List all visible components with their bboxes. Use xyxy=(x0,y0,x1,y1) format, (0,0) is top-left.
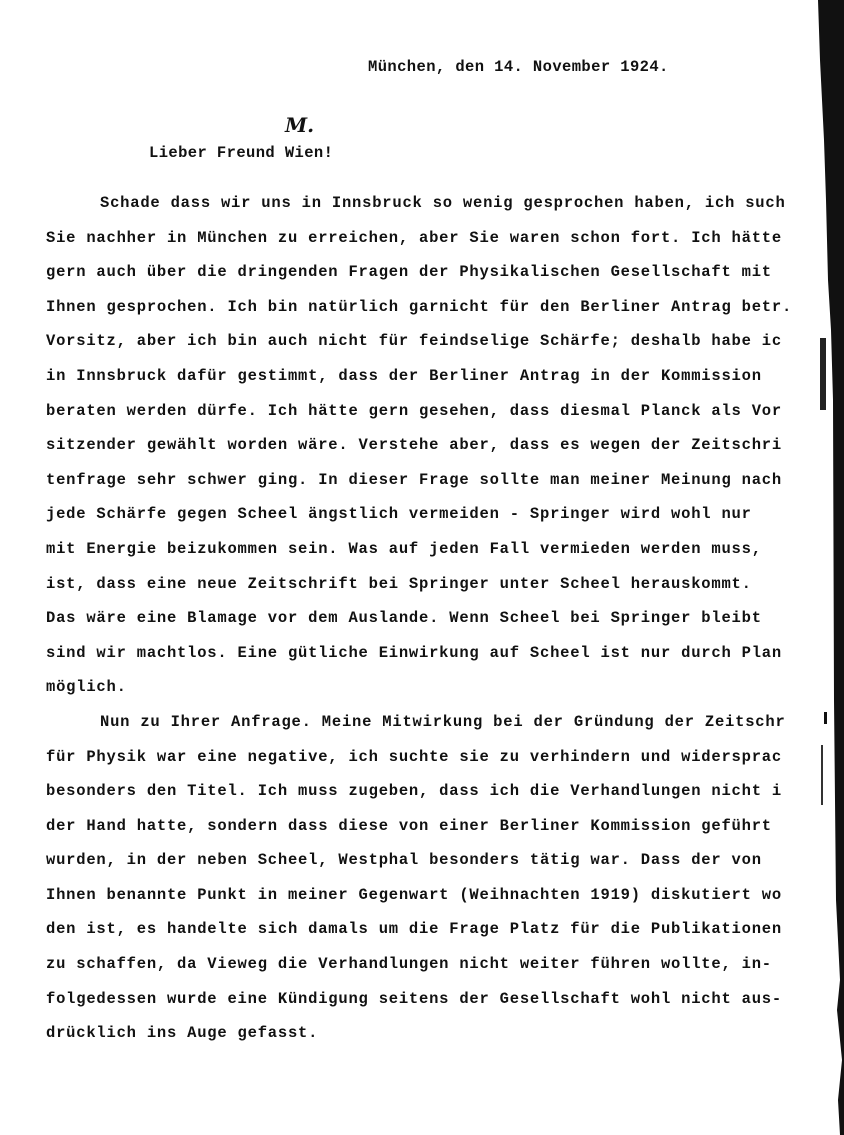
salutation: Lieber Freund Wien! xyxy=(149,144,333,162)
body-line: für Physik war eine negative, ich suchte… xyxy=(46,747,826,782)
handwritten-initial: M. xyxy=(285,113,314,137)
letter-body: Schade dass wir uns in Innsbruck so weni… xyxy=(46,193,826,1058)
body-line: besonders den Titel. Ich muss zugeben, d… xyxy=(46,781,826,816)
body-line: Vorsitz, aber ich bin auch nicht für fei… xyxy=(46,331,826,366)
body-line: Sie nachher in München zu erreichen, abe… xyxy=(46,228,826,263)
body-line: beraten werden dürfe. Ich hätte gern ges… xyxy=(46,401,826,436)
body-line: tenfrage sehr schwer ging. In dieser Fra… xyxy=(46,470,826,505)
body-line: jede Schärfe gegen Scheel ängstlich verm… xyxy=(46,504,826,539)
body-line: zu schaffen, da Vieweg die Verhandlungen… xyxy=(46,954,826,989)
body-line: Schade dass wir uns in Innsbruck so weni… xyxy=(46,193,826,228)
body-line: den ist, es handelte sich damals um die … xyxy=(46,919,826,954)
body-line: folgedessen wurde eine Kündigung seitens… xyxy=(46,989,826,1024)
body-line: Ihnen gesprochen. Ich bin natürlich garn… xyxy=(46,297,826,332)
body-line: der Hand hatte, sondern dass diese von e… xyxy=(46,816,826,851)
body-line: Ihnen benannte Punkt in meiner Gegenwart… xyxy=(46,885,826,920)
body-line: gern auch über die dringenden Fragen der… xyxy=(46,262,826,297)
body-line: wurden, in der neben Scheel, Westphal be… xyxy=(46,850,826,885)
letter-page: München, den 14. November 1924. M. Liebe… xyxy=(0,0,844,1135)
body-line: Das wäre eine Blamage vor dem Auslande. … xyxy=(46,608,826,643)
body-line: sind wir machtlos. Eine gütliche Einwirk… xyxy=(46,643,826,678)
body-line: sitzender gewählt worden wäre. Verstehe … xyxy=(46,435,826,470)
body-line: mit Energie beizukommen sein. Was auf je… xyxy=(46,539,826,574)
dateline: München, den 14. November 1924. xyxy=(368,58,669,76)
body-line: ist, dass eine neue Zeitschrift bei Spri… xyxy=(46,574,826,609)
body-line: in Innsbruck dafür gestimmt, dass der Be… xyxy=(46,366,826,401)
body-line: drücklich ins Auge gefasst. xyxy=(46,1023,826,1058)
body-line: Nun zu Ihrer Anfrage. Meine Mitwirkung b… xyxy=(46,712,826,747)
body-line: möglich. xyxy=(46,677,826,712)
